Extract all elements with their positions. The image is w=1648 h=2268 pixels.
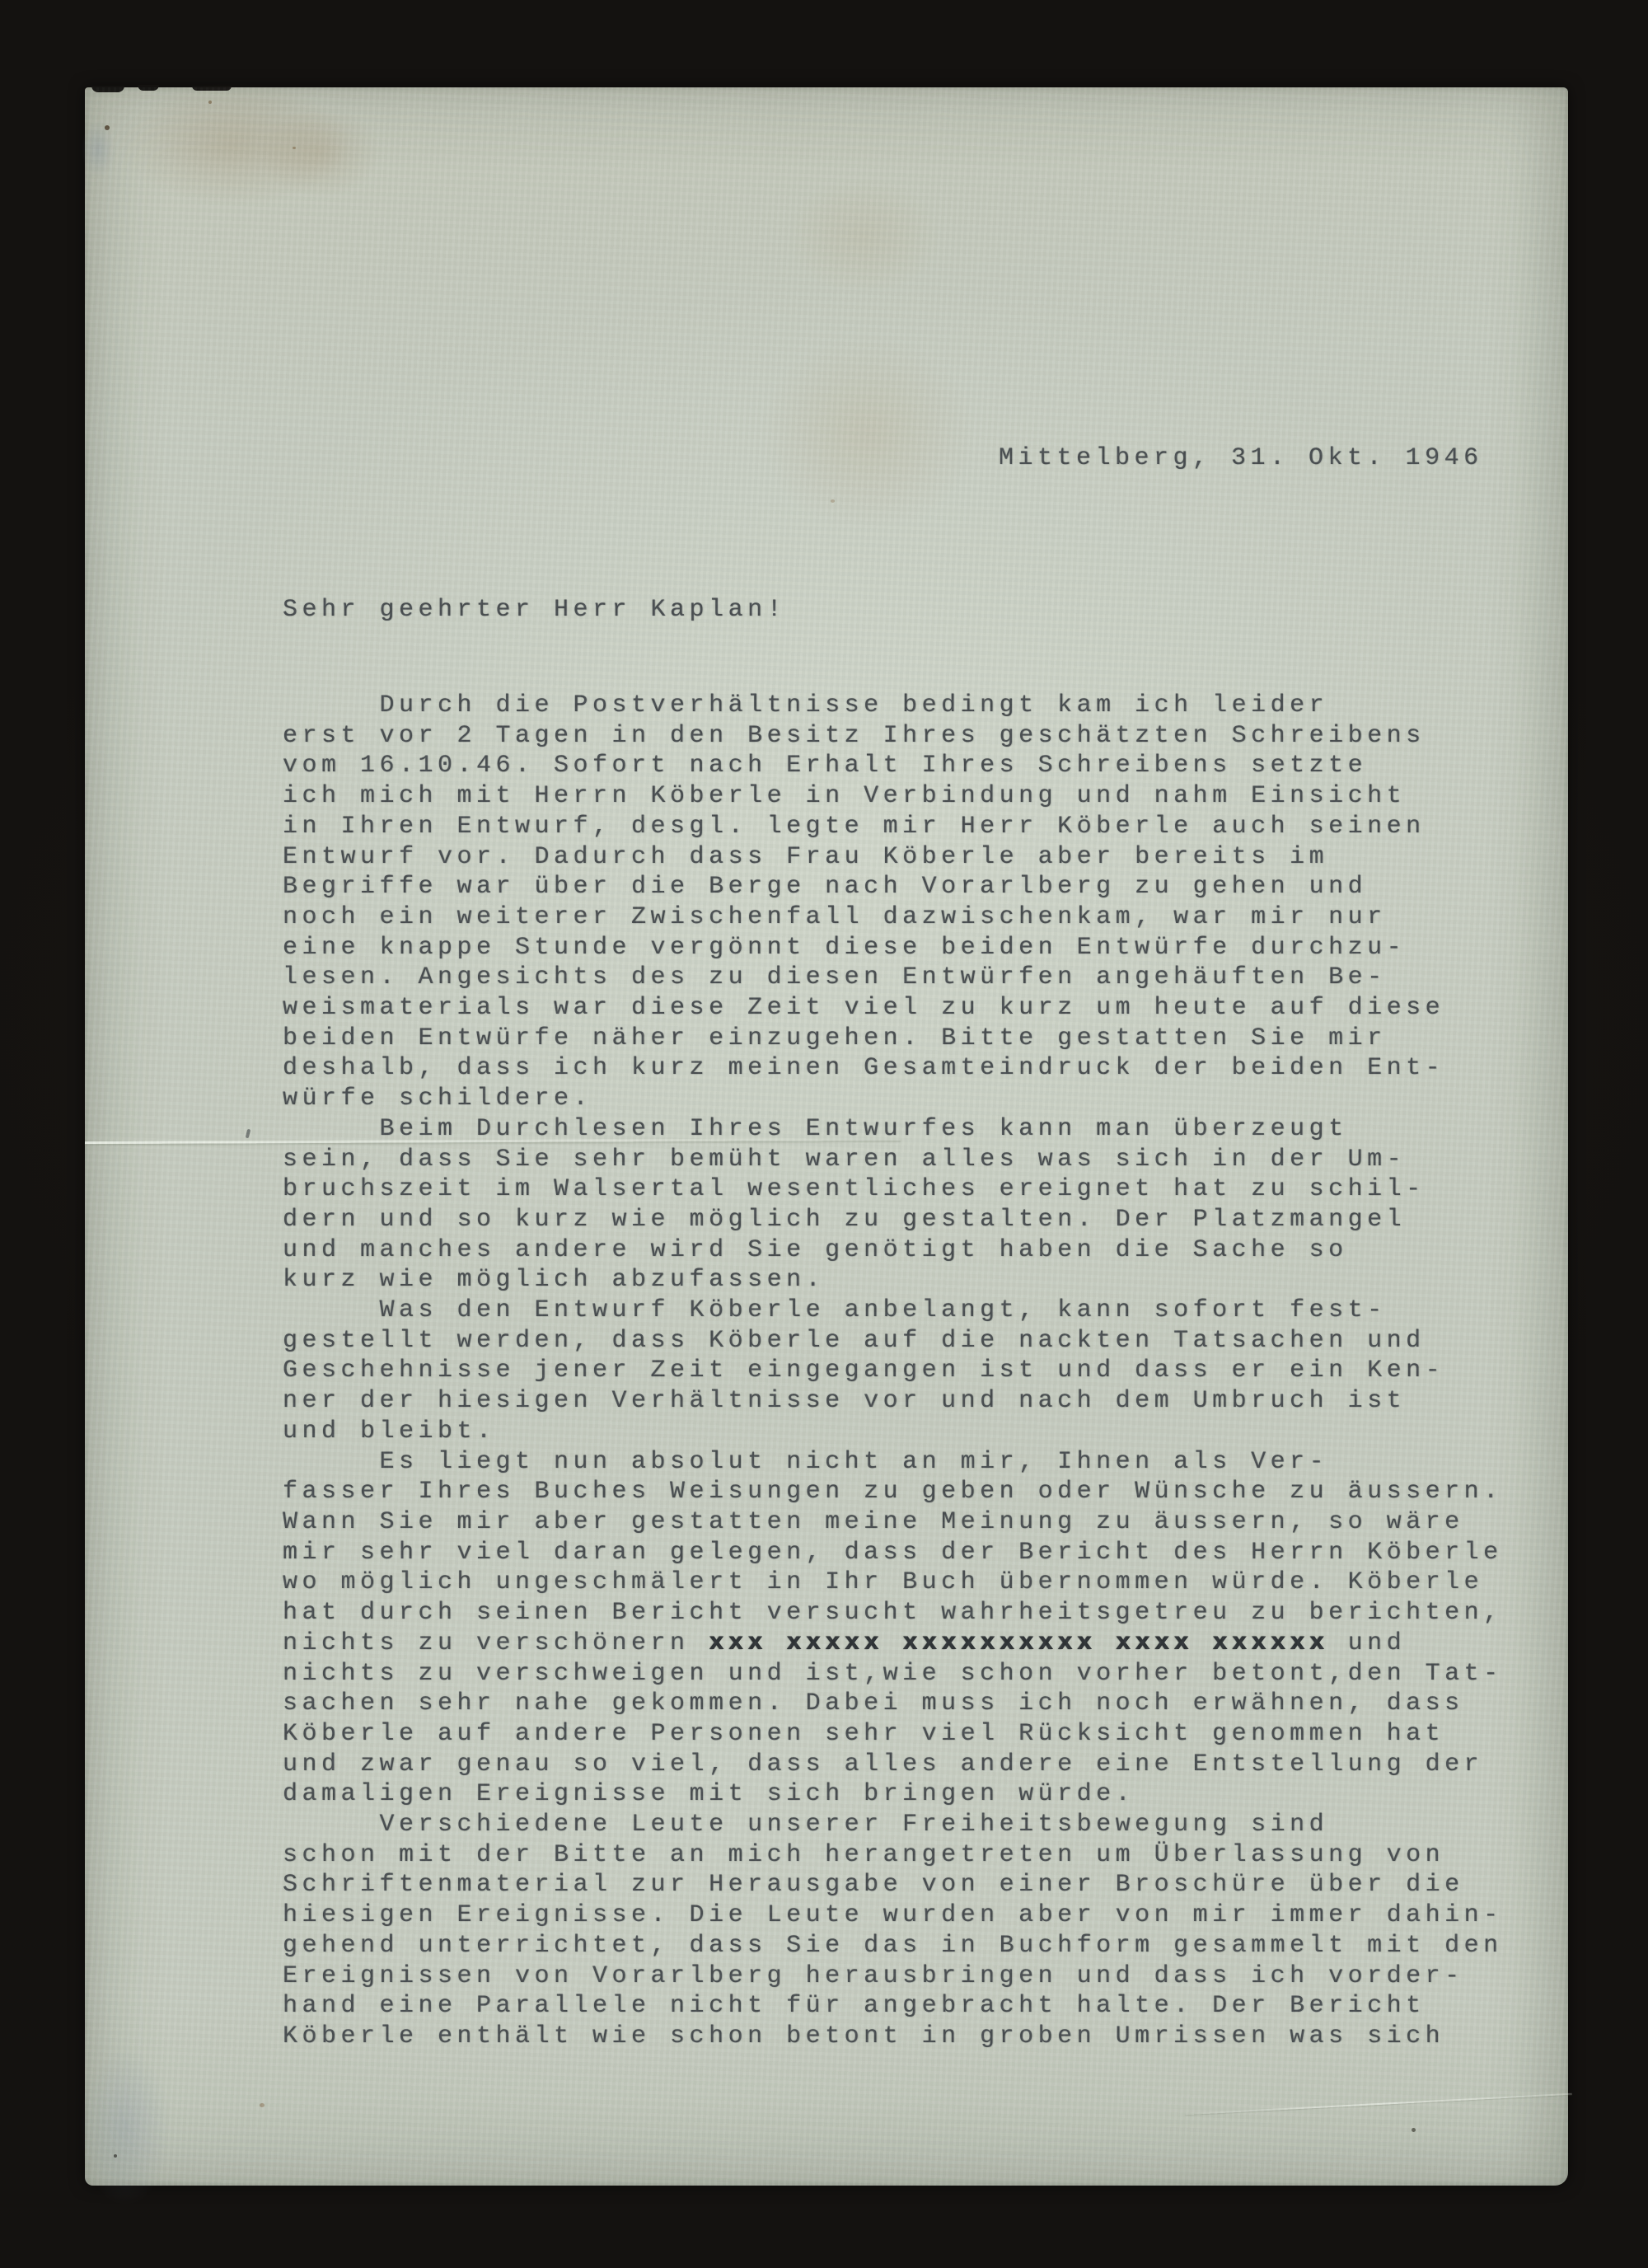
paper-stain-blue: [82, 120, 115, 178]
paper-speck: [293, 147, 296, 149]
strike-context-prefix: nichts zu verschönern: [283, 1629, 709, 1657]
paper-stain: [118, 82, 349, 206]
letter-salutation: Sehr geehrter Herr Kaplan!: [283, 595, 786, 626]
letter-page: Mittelberg, 31. Okt. 1946 Sehr geehrter …: [85, 87, 1568, 2186]
stray-ink-mark: [246, 1129, 251, 1139]
paper-stain: [761, 335, 975, 532]
paper-speck: [1412, 2128, 1416, 2132]
paper-edge-notch: [192, 86, 232, 91]
letter-body: Durch die Postverhältnisse bedingt kam i…: [283, 691, 1503, 2052]
paper-stain-blue: [80, 2049, 171, 2205]
letter-body-part-1: Durch die Postverhältnisse bedingt kam i…: [283, 691, 1503, 1627]
paper-speck: [260, 2103, 265, 2107]
overstruck-xes: xxx xxxxx xxxxxxxxxx xxxx xxxxxx: [709, 1629, 1328, 1657]
letter-body-part-2: nichts zu verschweigen und ist,wie schon…: [283, 1660, 1503, 2050]
paper-speck: [831, 499, 835, 503]
paper-stain: [785, 178, 942, 293]
paper-speck: [114, 2154, 117, 2158]
strike-context-suffix: und: [1328, 1629, 1406, 1657]
paper-edge-notch: [138, 85, 159, 91]
paper-edge-notch: [91, 86, 124, 92]
paper-speck: [105, 125, 110, 130]
paper-stain: [258, 107, 382, 198]
paper-speck: [208, 101, 212, 104]
letter-dateline: Mittelberg, 31. Okt. 1946: [999, 443, 1483, 474]
paper-crease: [1185, 2093, 1571, 2116]
